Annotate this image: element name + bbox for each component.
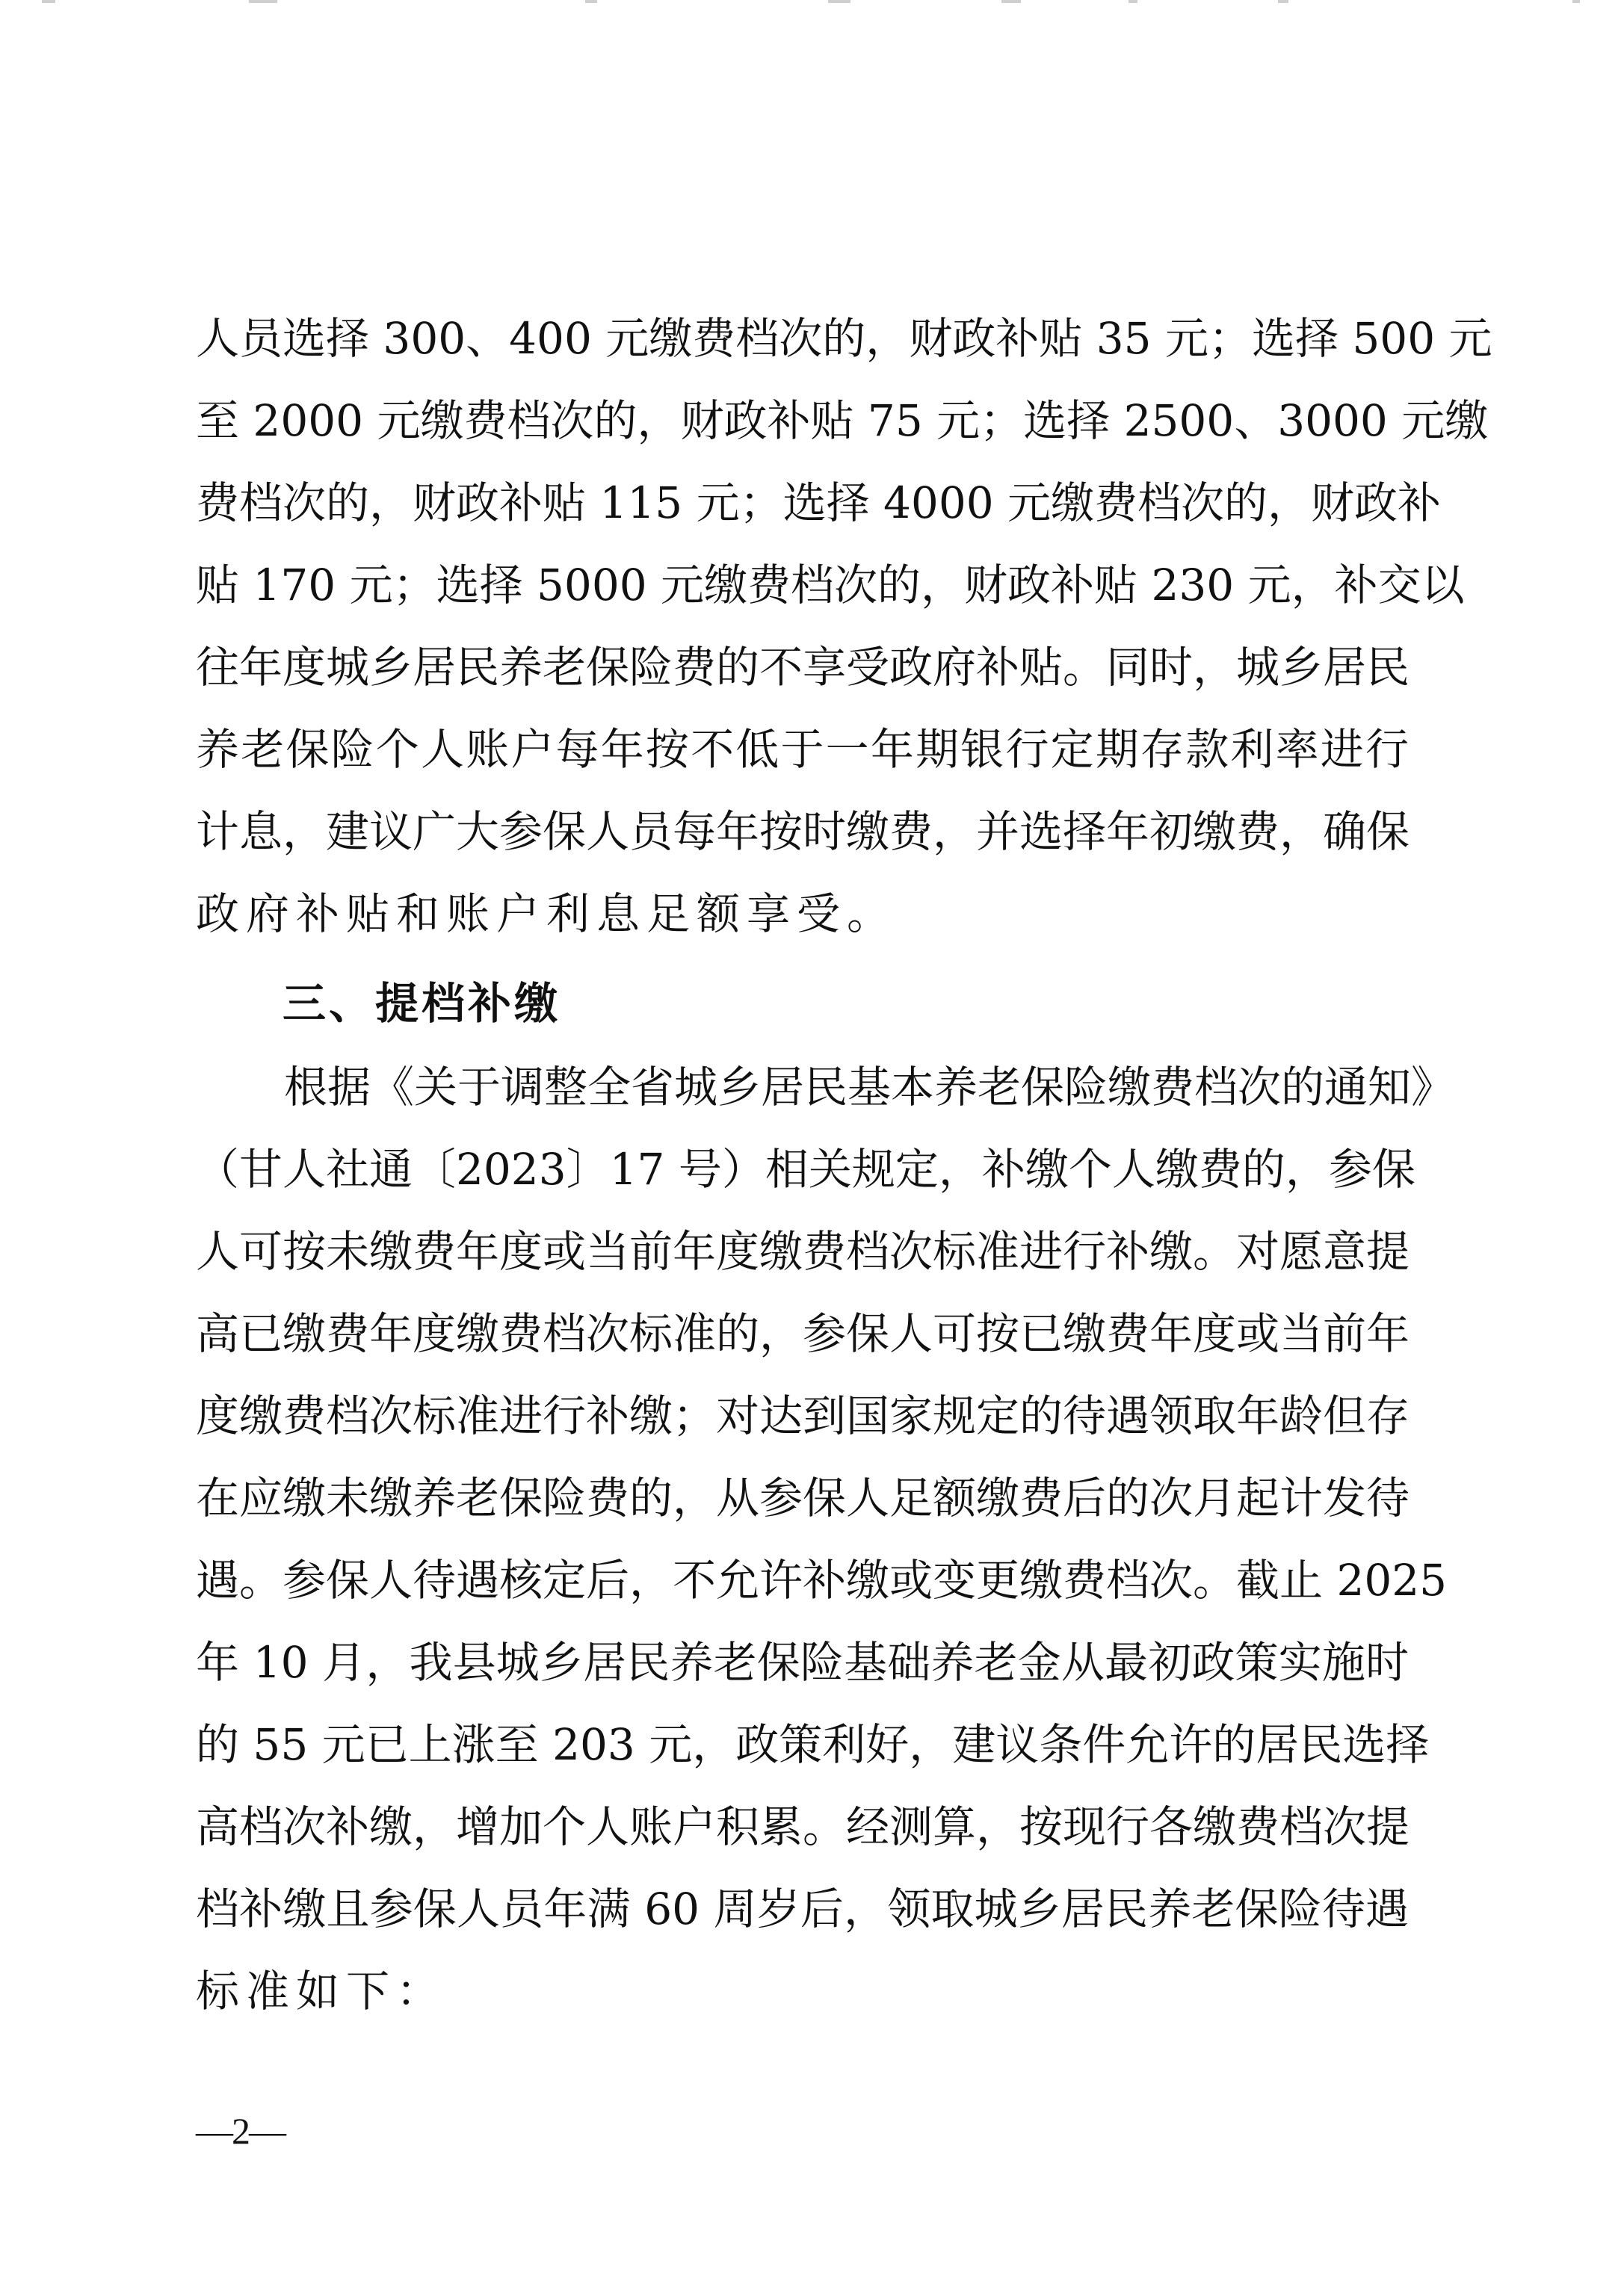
text-line: 至 2000 元缴费档次的，财政补贴 75 元；选择 2500、3000 元缴 [196,391,1409,451]
scan-artifact [1572,0,1580,3]
text-line: 度缴费档次标准进行补缴；对达到国家规定的待遇领取年龄但存 [196,1386,1409,1446]
text-line: 养老保险个人账户每年按不低于一年期银行定期存款利率进行 [196,720,1409,779]
scan-artifact [42,0,55,3]
scan-artifact [1129,0,1137,3]
text-line: 标准如下： [196,1961,1409,2021]
scan-artifact [249,0,277,3]
text-line: 计息，建议广大参保人员每年按时缴费，并选择年初缴费，确保 [196,802,1409,861]
text-line: 高已缴费年度缴费档次标准的，参保人可按已缴费年度或当前年 [196,1304,1409,1364]
section-heading: 三、提档补缴 [282,974,561,1033]
scan-artifact [828,0,850,3]
text-line: 档补缴且参保人员年满 60 周岁后，领取城乡居民养老保险待遇 [196,1879,1409,1939]
text-line: 往年度城乡居民养老保险费的不享受政府补贴。同时，城乡居民 [196,637,1409,697]
text-line: 人可按未缴费年度或当前年度缴费档次标准进行补缴。对愿意提 [196,1222,1409,1281]
text-line: 高档次补缴，增加个人账户积累。经测算，按现行各缴费档次提 [196,1797,1409,1857]
text-line: 费档次的，财政补贴 115 元；选择 4000 元缴费档次的，财政补 [196,473,1409,533]
text-line: 的 55 元已上涨至 203 元，政策利好，建议条件允许的居民选择 [196,1715,1409,1774]
text-line: 根据《关于调整全省城乡居民基本养老保险缴费档次的通知》 [284,1057,1409,1117]
text-line: 人员选择 300、400 元缴费档次的，财政补贴 35 元；选择 500 元 [196,309,1409,368]
text-line: 年 10 月，我县城乡居民养老保险基础养老金从最初政策实施时 [196,1633,1409,1692]
text-line: 在应缴未缴养老保险费的，从参保人足额缴费后的次月起计发待 [196,1468,1409,1528]
document-page: 人员选择 300、400 元缴费档次的，财政补贴 35 元；选择 500 元 至… [0,0,1624,2296]
scan-artifact [585,0,597,3]
text-line: 遇。参保人待遇核定后，不允许补缴或变更缴费档次。截止 2025 [196,1550,1409,1610]
page-number: —2— [196,2107,285,2155]
text-line: （甘人社通〔2023〕17 号）相关规定，补缴个人缴费的，参保 [196,1139,1409,1199]
text-line: 政府补贴和账户利息足额享受。 [196,884,1409,944]
scan-artifact [1001,0,1021,3]
scan-artifact [1278,0,1288,3]
text-line: 贴 170 元；选择 5000 元缴费档次的，财政补贴 230 元，补交以 [196,555,1409,615]
